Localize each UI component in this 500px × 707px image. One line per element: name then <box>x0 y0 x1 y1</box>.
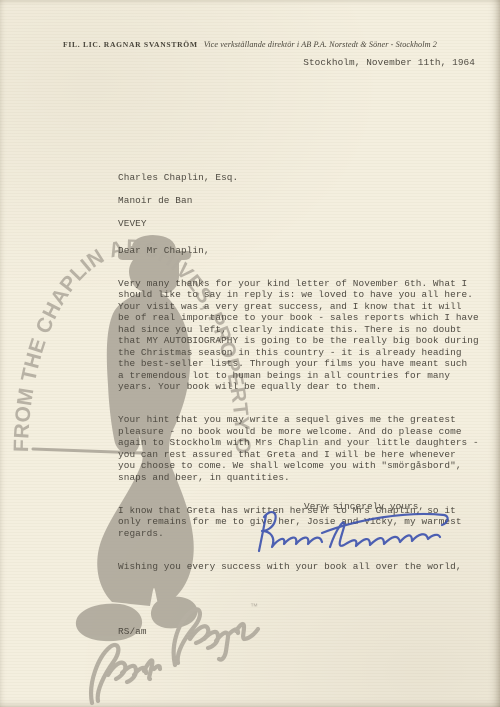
letterhead-title: Vice verkställande direktör i AB P.A. No… <box>204 40 437 49</box>
recipient-address: Charles Chaplin, Esq. Manoir de Ban VEVE… <box>118 160 238 241</box>
signature-stroke <box>91 645 160 703</box>
reference-initials: RS/am <box>118 626 147 638</box>
paragraph: Very many thanks for your kind letter of… <box>118 278 490 393</box>
trademark-symbol: ™ <box>250 602 258 611</box>
letterhead: FIL. LIC. RAGNAR SVANSTRÖM Vice verkstäl… <box>0 40 500 49</box>
svanstrom-signature <box>248 495 458 573</box>
paragraph: Your hint that you may write a sequel gi… <box>118 414 490 483</box>
recipient-line: Charles Chaplin, Esq. <box>118 172 238 184</box>
signature-stroke <box>259 512 322 551</box>
recipient-line: VEVEY <box>118 218 238 230</box>
signature-stroke <box>174 609 258 665</box>
recipient-line: Manoir de Ban <box>118 195 238 207</box>
letterhead-name: FIL. LIC. RAGNAR SVANSTRÖM <box>63 40 198 49</box>
chaplin-signature-watermark: ™ <box>78 595 278 707</box>
signature-stroke <box>330 523 440 547</box>
salutation: Dear Mr Chaplin, <box>118 245 490 257</box>
letter-page: FROM THE CHAPLIN ARCHIVES, PROPERTY OF R… <box>0 0 500 707</box>
dateline: Stockholm, November 11th, 1964 <box>303 57 475 69</box>
